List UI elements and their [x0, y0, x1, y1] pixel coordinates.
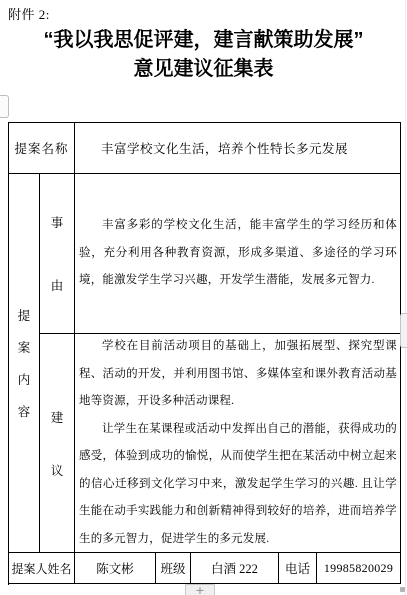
suggestion-form-table: 提案名称 丰富学校文化生活，培养个性特长多元发展 提 案 内 容 事 由 丰富多… [8, 122, 401, 585]
resize-corner-mark [400, 587, 405, 592]
reason-paragraph: 丰富多彩的学校文化生活，能丰富学生的学习经历和体验，充分利用各种教育资源，形成多… [79, 212, 397, 295]
document-title-line2: 意见建议征集表 [0, 55, 407, 84]
suggestion-paragraph-2: 让学生在某课程或活动中发挥出自己的潜能，获得成功的感受，体验到成功的愉悦，从而使… [79, 416, 397, 554]
proposal-content-char: 容 [18, 402, 31, 420]
reason-label: 事 由 [40, 174, 75, 334]
attachment-label: 附件 2: [8, 4, 50, 23]
proposal-name-label: 提案名称 [9, 123, 75, 174]
phone-label: 电话 [279, 553, 317, 584]
proposal-content-label: 提 案 内 容 [9, 174, 40, 553]
document-title-line1: “我以我思促评建，建言献策助发展” [0, 26, 407, 55]
insert-plus-button[interactable]: + [185, 584, 215, 595]
suggestion-label: 建 议 [40, 334, 75, 553]
reason-text-cell: 丰富多彩的学校文化生活，能丰富学生的学习经历和体验，充分利用各种教育资源，形成多… [75, 174, 401, 334]
reason-label-char: 事 [51, 213, 64, 231]
plus-icon: + [195, 585, 204, 595]
suggestion-text-cell: 学校在目前活动项目的基础上，加强拓展型、探究型课程、活动的开发，并利用图书馆、多… [75, 334, 401, 553]
suggestion-paragraph-1: 学校在目前活动项目的基础上，加强拓展型、探究型课程、活动的开发，并利用图书馆、多… [79, 333, 397, 416]
reason-label-char: 由 [51, 276, 64, 294]
class-value: 白酒 222 [191, 553, 279, 584]
proposer-name-value: 陈文彬 [75, 553, 156, 584]
suggestion-label-char: 议 [51, 461, 64, 479]
suggestion-label-char: 建 [51, 408, 64, 426]
proposal-name-value: 丰富学校文化生活，培养个性特长多元发展 [75, 123, 401, 174]
left-edge-handle[interactable] [0, 95, 9, 118]
proposal-content-char: 内 [18, 370, 31, 388]
right-scroll-handle[interactable] [400, 313, 407, 348]
page-edge-line [405, 0, 406, 595]
proposal-content-char: 案 [18, 338, 31, 356]
class-label: 班级 [156, 553, 191, 584]
phone-value: 19985820029 [317, 553, 401, 584]
proposal-content-char: 提 [18, 306, 31, 324]
proposer-name-label: 提案人姓名 [9, 553, 75, 584]
document-title: “我以我思促评建，建言献策助发展” 意见建议征集表 [0, 26, 407, 84]
